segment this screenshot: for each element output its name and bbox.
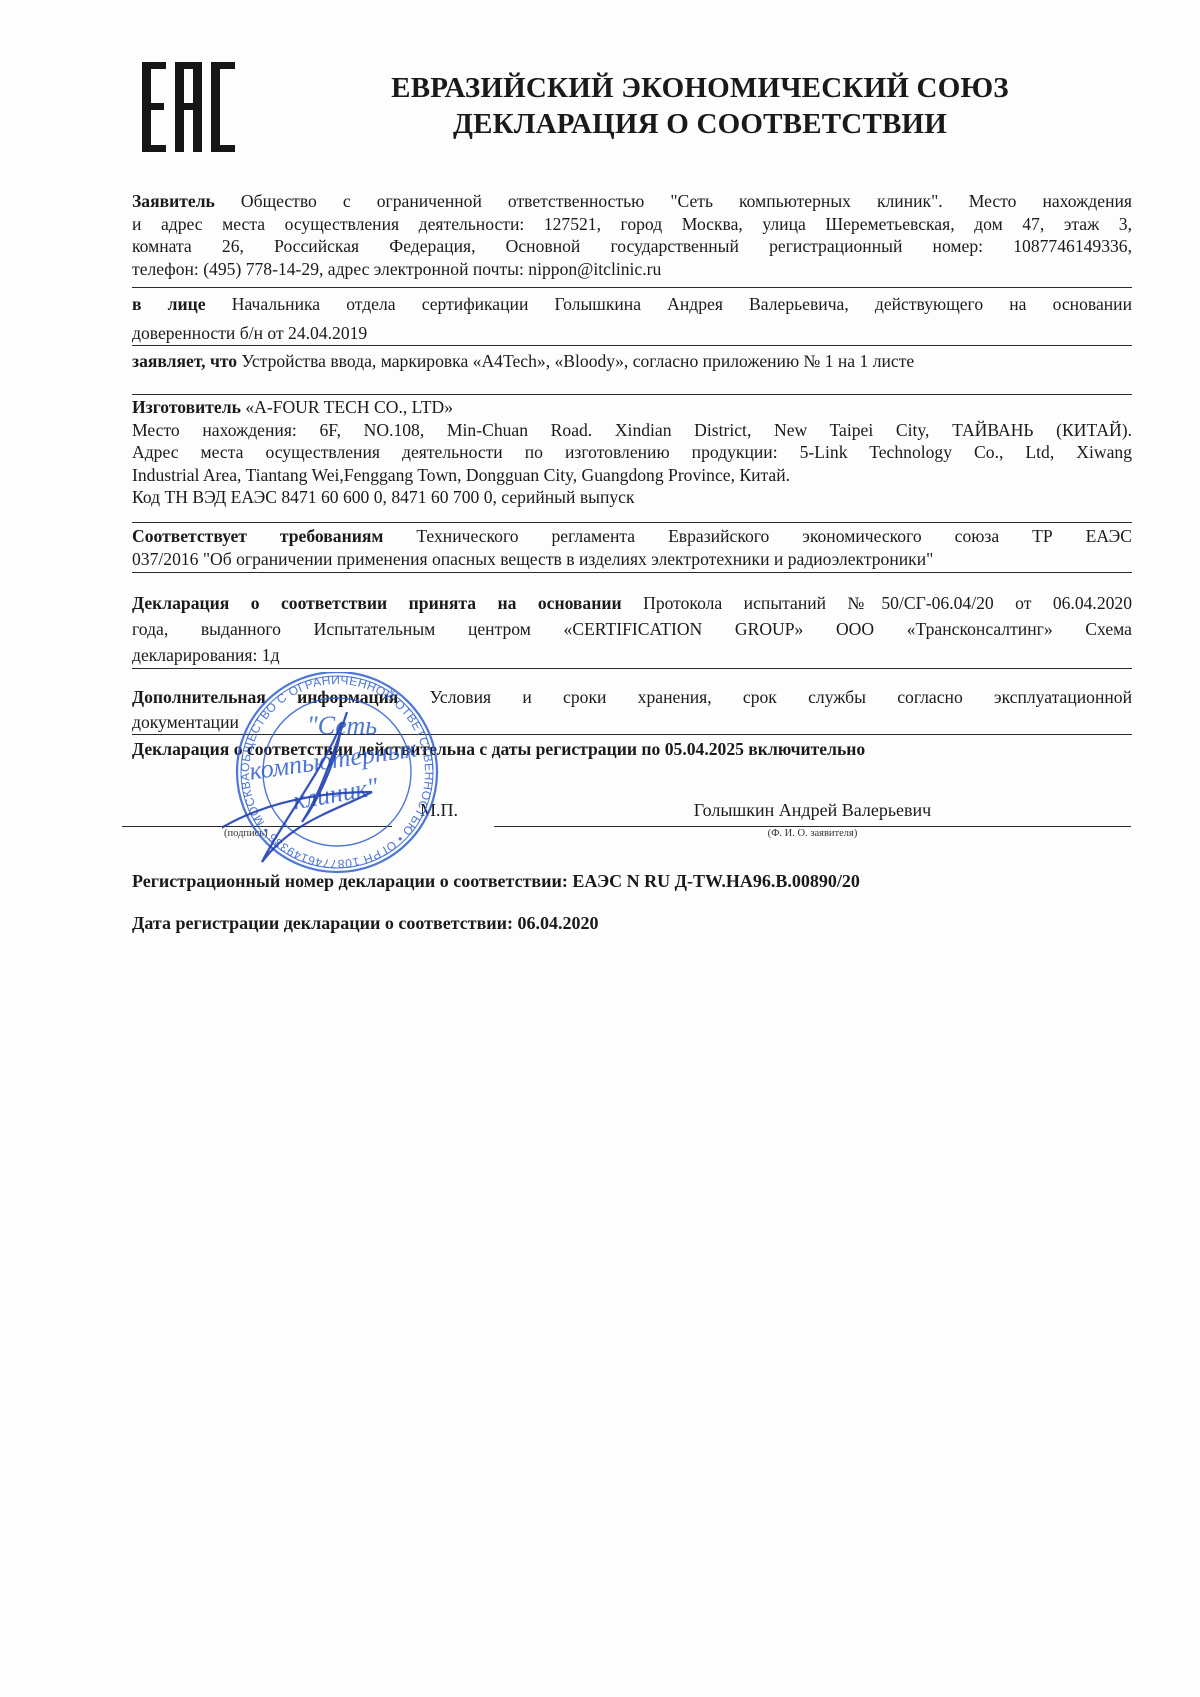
manufacturer-section: Изготовитель «A-FOUR TECH CO., LTD» Мест… [132,396,1132,509]
divider [132,394,1132,395]
applicant-line: телефон: (495) 778-14-29, адрес электрон… [132,258,1132,281]
document-title: ЕВРАЗИЙСКИЙ ЭКОНОМИЧЕСКИЙ СОЮЗ ДЕКЛАРАЦИ… [330,70,1070,142]
basis-text: декларирования: 1д [132,642,1132,668]
registration-number-value: ЕАЭС N RU Д-TW.НА96.В.00890/20 [572,871,860,891]
divider [132,572,1132,573]
applicant-line: Общество с ограниченной ответственностью… [241,191,1132,211]
representative-text: Начальника отдела сертификации Голышкина… [232,294,1132,314]
eac-logo [142,62,242,152]
signer-line [494,826,1131,827]
representative-label: в лице [132,294,206,314]
registration-number-label: Регистрационный номер декларации о соотв… [132,871,568,891]
representative-text: доверенности б/н от 24.04.2019 [132,319,1132,348]
additional-text: Условия и сроки хранения, срок службы со… [430,687,1132,707]
basis-section: Декларация о соответствии принята на осн… [132,590,1132,668]
manufacturer-label: Изготовитель [132,397,241,417]
conforms-label: Соответствует требованиям [132,526,383,546]
divider [132,668,1132,669]
manufacturer-line: Код ТН ВЭД ЕАЭС 8471 60 600 0, 8471 60 7… [132,486,1132,509]
applicant-section: Заявитель Общество с ограниченной ответс… [132,190,1132,280]
registration-date: Дата регистрации декларации о соответств… [132,912,1132,935]
manufacturer-line: Industrial Area, Tiantang Wei,Fenggang T… [132,464,1132,487]
manufacturer-name: «A-FOUR TECH CO., LTD» [245,397,453,417]
basis-label: Декларация о соответствии принята на осн… [132,593,622,613]
conforms-text: Технического регламента Евразийского эко… [416,526,1132,546]
signer-name: Голышкин Андрей Валерьевич [494,800,1131,821]
registration-date-label: Дата регистрации декларации о соответств… [132,913,513,933]
title-declaration: ДЕКЛАРАЦИЯ О СООТВЕТСТВИИ [330,106,1070,142]
company-stamp: ОБЩЕСТВО С ОГРАНИЧЕННОЙ ОТВЕТСТВЕННОСТЬЮ… [222,672,452,877]
applicant-label: Заявитель [132,191,215,211]
divider [132,522,1132,523]
declares-text: Устройства ввода, маркировка «A4Tech», «… [242,351,915,371]
title-union: ЕВРАЗИЙСКИЙ ЭКОНОМИЧЕСКИЙ СОЮЗ [330,70,1070,106]
conforms-text: 037/2016 "Об ограничении применения опас… [132,548,1132,571]
manufacturer-line: Адрес места осуществления деятельности п… [132,441,1132,464]
manufacturer-line: Место нахождения: 6F, NO.108, Min-Chuan … [132,419,1132,442]
signer-caption: (Ф. И. О. заявителя) [494,828,1131,839]
applicant-line: комната 26, Российская Федерация, Основн… [132,235,1132,258]
basis-text: Протокола испытаний №50/СГ-06.04/20 от 0… [643,593,1132,613]
registration-date-value: 06.04.2020 [518,913,599,933]
divider [132,345,1132,346]
registration-number: Регистрационный номер декларации о соотв… [132,870,1132,893]
basis-text: года, выданного Испытательным центром «C… [132,616,1132,642]
applicant-line: и адрес места осуществления деятельности… [132,213,1132,236]
declares-label: заявляет, что [132,351,237,371]
divider [132,287,1132,288]
conforms-section: Соответствует требованиям Технического р… [132,525,1132,571]
declares-section: заявляет, что Устройства ввода, маркиров… [132,348,1132,374]
representative-section: в лице Начальника отдела сертификации Го… [132,290,1132,348]
